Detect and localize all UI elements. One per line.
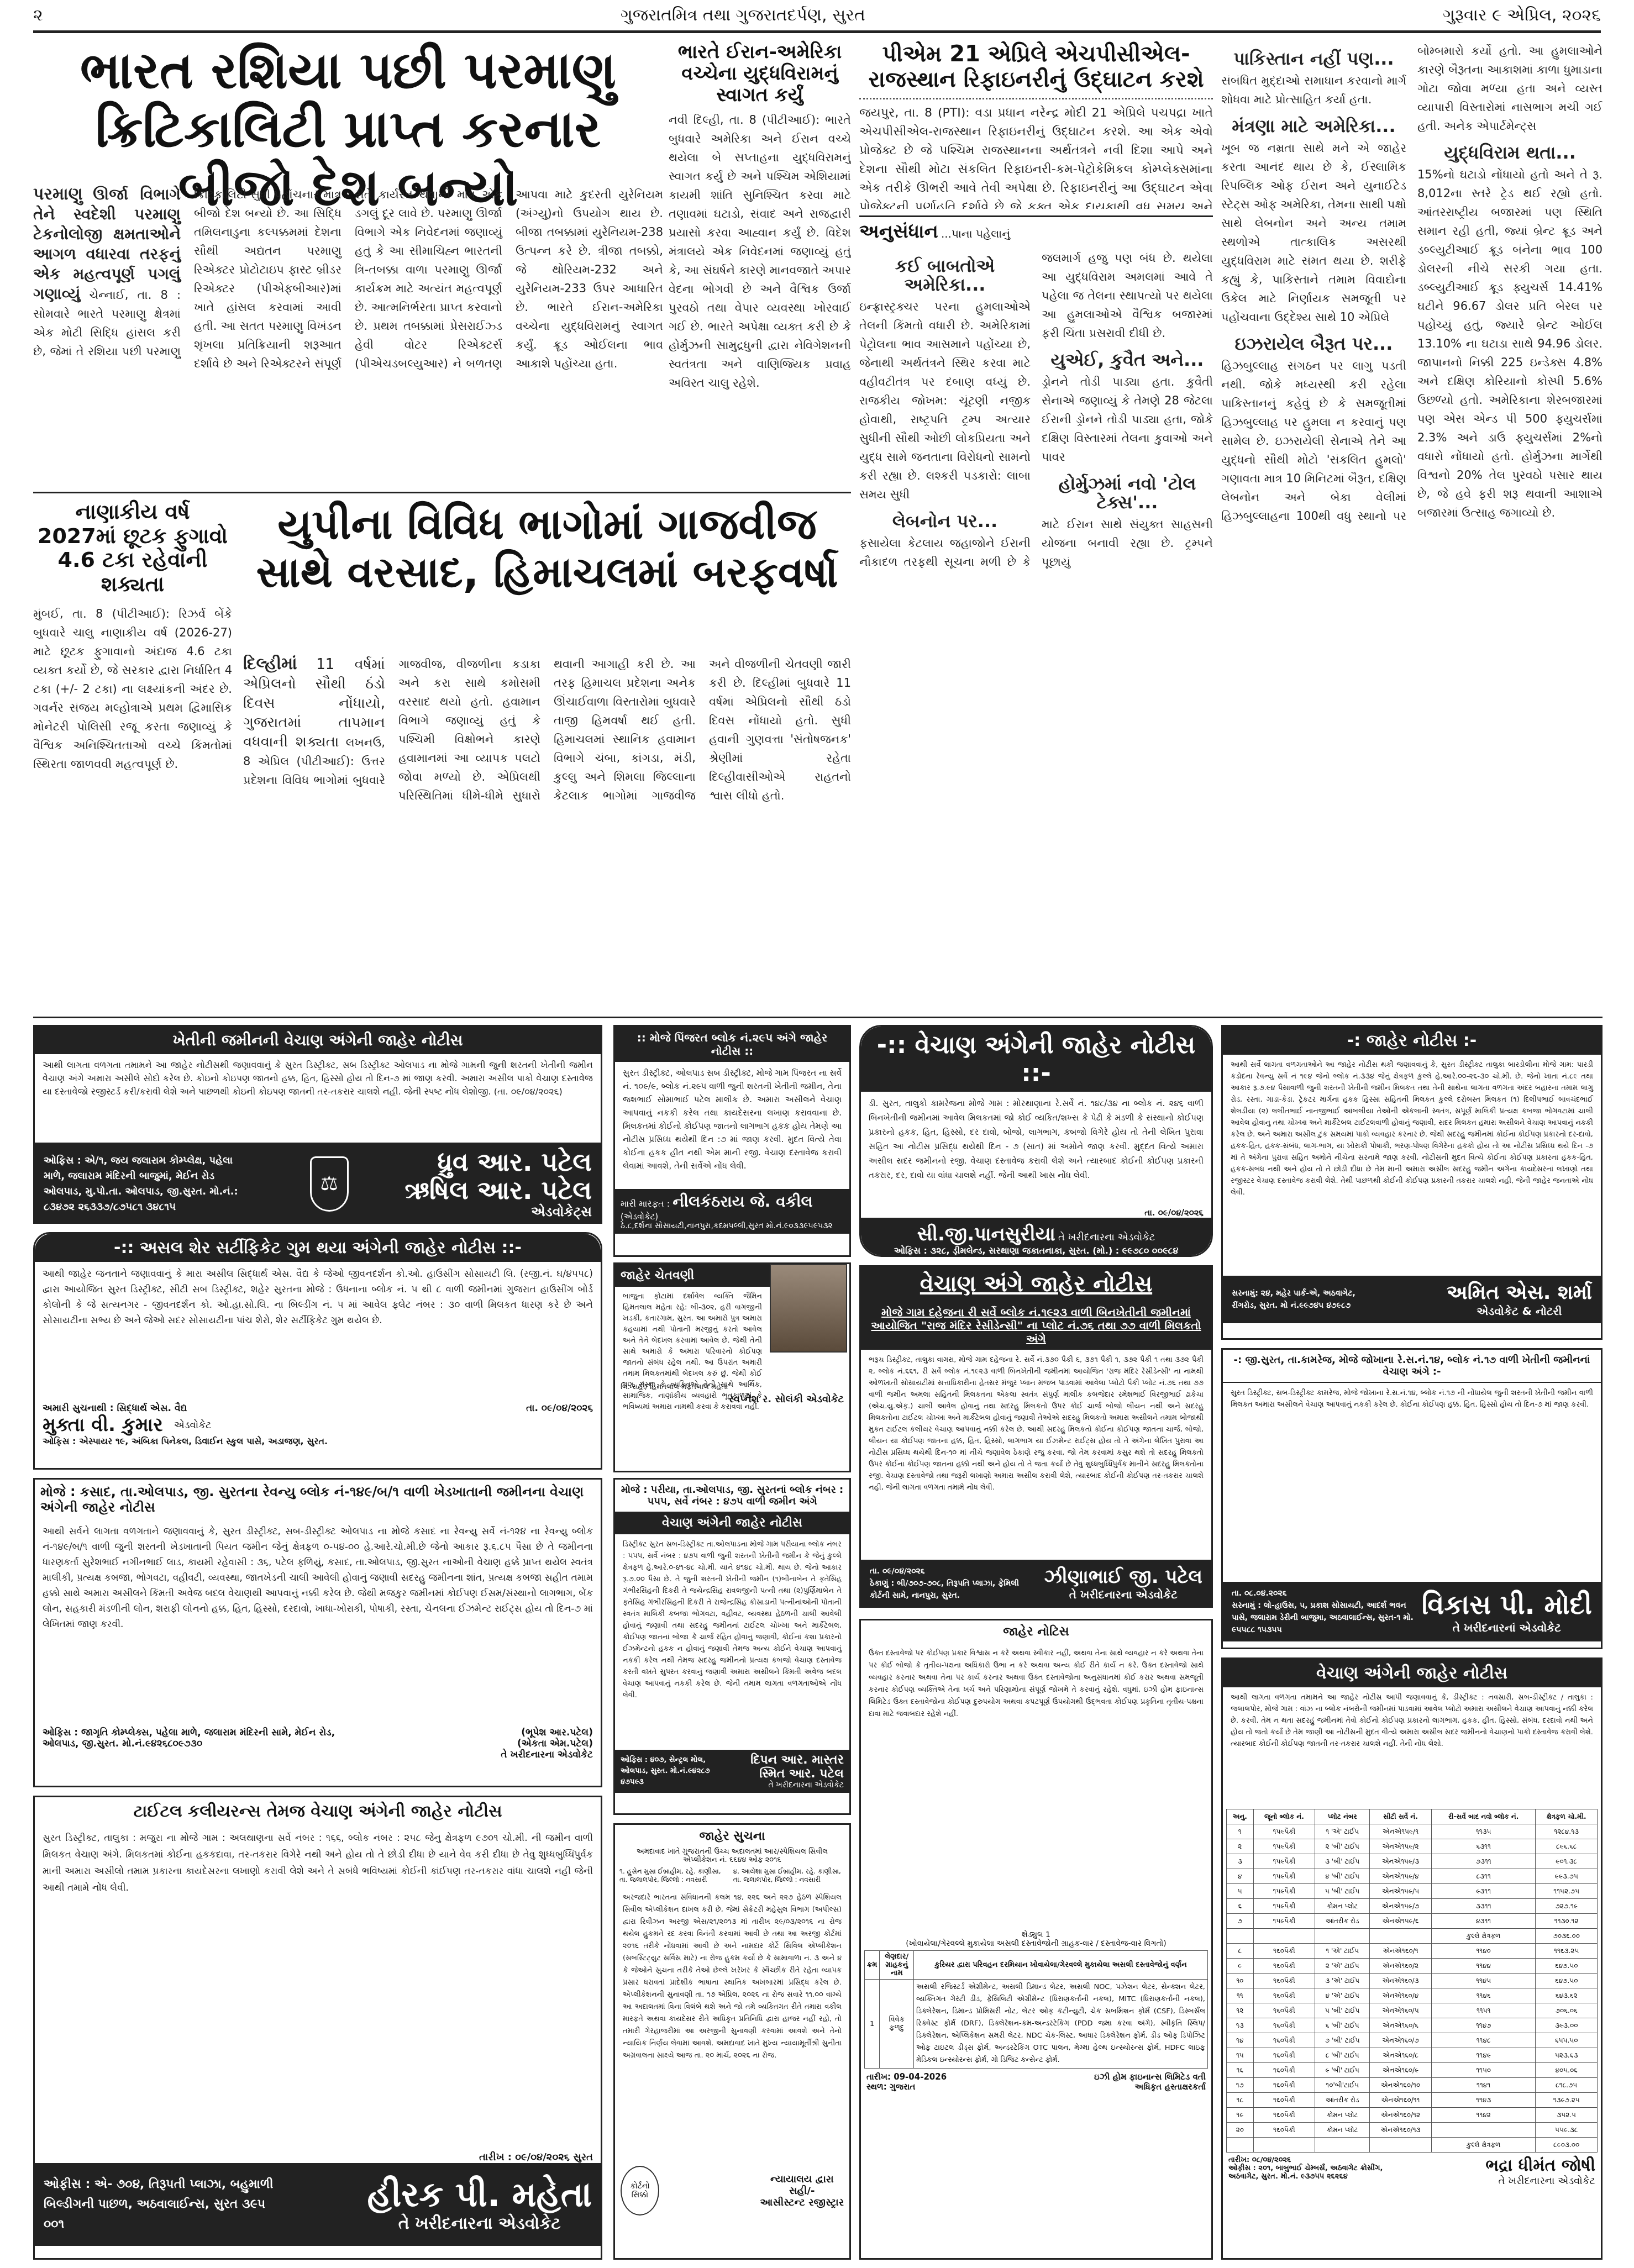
table-row: ૩૧૫૯પૈકી૩ 'બી' ટાઈપએનએ૧૫૯/૩૭૩૧૧૯૦૧.૩૮ xyxy=(1227,1854,1598,1869)
table-row: ૧૧૫૯પૈકી૧ 'એ' ટાઈપએનએ૧૫૯/૧૧૧૩૫૧૨૮૪.૧૩ xyxy=(1227,1824,1598,1839)
table-row: ૧૩૧૬૦પૈકી૬ 'બી' ટાઈપએનએ૧૬૦/૬૧૧૪૭૩૯૩.૦૦ xyxy=(1227,2018,1598,2033)
notice-pardi-kadod: -: જાહેર નોટીસ :- આથી સર્વે લાગતા વળગતાઓ… xyxy=(1221,1025,1603,1340)
table-row: ૭૧૫૯પૈકીઆંતરીક રોડએનએ૧૫૯/૬૪૩૧૧૧૧૩૦.૧૨ xyxy=(1227,1914,1598,1929)
schedule-table: ક્રમ લેણદાર/ગ્રાહકનું નામ કુરિયર દ્વારા … xyxy=(864,1950,1208,2069)
notice-public-warning: જાહેર ચેતવણી બાજુના ફોટામાં દર્શાવેલ વ્ય… xyxy=(613,1262,851,1472)
table-row: ૧૨૧૬૦પૈકી૫ 'બી' ટાઈપએનએ૧૬૦/૫૧૧૫૧૭૦૬.૦૬ xyxy=(1227,2003,1598,2018)
article-iran-us: ભારતે ઈરાન-અમેરિકા વચ્ચેના યુદ્ધવિરામનું… xyxy=(669,41,851,483)
page-number: ૨ xyxy=(33,6,43,25)
table-row: ૧૬૧૬૦પૈકી૯ 'બી' ટાઈપએનએ૧૬૦/૯૧૧૫૦૪૦૫.૦૬ xyxy=(1227,2063,1598,2078)
article-nuclear: ભારત રશિયા પછી પરમાણુ ક્રિટિકાલિટી પ્રાપ… xyxy=(33,41,663,483)
court-seal-icon: કોર્ટનો સિક્કો xyxy=(621,2166,659,2216)
headline-refinery: પીએમ 21 એપ્રિલે એચપીસીએલ-રાજસ્થાન રિફાઇન… xyxy=(859,41,1213,99)
divider xyxy=(33,1017,1603,1018)
paper-name: ગુજરાતમિત્ર તથા ગુજરાતદર્પણ, સુરત xyxy=(43,6,1443,25)
headline-iran-us: ભારતે ઈરાન-અમેરિકા વચ્ચેના યુદ્ધવિરામનું… xyxy=(669,41,851,106)
masthead: ૨ ગુજરાતમિત્ર તથા ગુજરાતદર્પણ, સુરત ગુરૂ… xyxy=(33,0,1601,33)
table-row: ૧૮૧૬૦પૈકીઆંતરીક રોડએનએ૧૬૦/૧૧૧૧૪૩૧૩૯૭.૨૫ xyxy=(1227,2093,1598,2108)
table-row: ૧૧૧૬૦પૈકી૪ 'એ' ટાઈપએનએ૧૬૦/૪૧૧૪૬૬૪૩.૬૨ xyxy=(1227,1988,1598,2003)
table-row: કુલ્લે ક્ષેત્રફળ૮૯૦૩.૦૦ xyxy=(1227,2138,1598,2153)
table-row: ૧૫૧૬૦પૈકી૮ 'બી' ટાઈપએનએ૧૬૦/૮૧૧૪૯૫૨૩.૬૩ xyxy=(1227,2048,1598,2063)
notice-kasad-land: મોજે : કસાદ, તા.ઓલપાડ, જી. સુરતના રેવન્ય… xyxy=(33,1478,602,1787)
continued-text-col1: કઈ બાબતોએ અમેરિકા... ઇન્ફ્રાસ્ટ્રક્ચર પર… xyxy=(859,249,1213,1011)
headline-weather: યુપીના વિવિધ ભાગોમાં ગાજવીજ સાથે વરસાદ, … xyxy=(243,500,851,649)
table-row: ૧૭૧૬૦પૈકી૧૦'બી'ટાઈપએનએ૧૬૦/૧૦૧૧૪૧૮૧૮.૭૫ xyxy=(1227,2078,1598,2093)
notice-agri-land-sale: ખેતીની જમીનની વેચાણ અંગેની જાહેર નોટીસ આ… xyxy=(33,1025,602,1224)
table-row: ૬૧૫૯પૈકીકોમન પ્લોટએનએ૧૫૯/૭૩૩૧૧૭૨૭.૧૯ xyxy=(1227,1899,1598,1914)
notice-share-certificate: -:: અસલ શેર સર્ટીફિકેટ ગુમ થયા અંગેની જા… xyxy=(33,1232,602,1470)
table-row: ૮૧૬૦પૈકી૧ 'એ' ટાઈપએનએ૧૬૦/૧૧૧૪૦૧૧૬૩.૨૫ xyxy=(1227,1944,1598,1959)
table-row: કુલ્લે ક્ષેત્રફળ૭૦૩૬.૦૦ xyxy=(1227,1929,1598,1944)
table-row: ૯૧૬૦પૈકી૨ 'એ' ટાઈપએનએ૧૬૦/૨૧૧૪૪૬૪૭.૫૦ xyxy=(1227,1959,1598,1974)
lead-word: પરમાણુ xyxy=(33,185,83,204)
notice-pinjrat-block: :: મોજે પિંજરત બ્લોક નં.૨૯૫ અંગે જાહેર ન… xyxy=(613,1025,851,1257)
continued-kicker: અનુસંધાન xyxy=(859,220,938,243)
issue-date: ગુરૂવાર ૯ એપ્રિલ, ૨૦૨૬ xyxy=(1443,6,1601,25)
article-inflation: નાણાકીય વર્ષ 2027માં છૂટક ફુગાવો 4.6 ટકા… xyxy=(33,500,232,1014)
plots-table: અનુ. જૂનો બ્લોક નં. પ્લોટ નંબર સીટી સર્વ… xyxy=(1226,1809,1598,2153)
notice-morathana-sale: -:: વેચાણ અંગેની જાહેર નોટીસ ::- ડી. સુર… xyxy=(859,1025,1213,1257)
table-row: ૧૦૧૬૦પૈકી૩ 'એ' ટાઈપએનએ૧૬૦/૩૧૧૪૫૬૪૭.૫૦ xyxy=(1227,1974,1598,1988)
person-photo xyxy=(770,1264,847,1353)
article-weather: યુપીના વિવિધ ભાગોમાં ગાજવીજ સાથે વરસાદ, … xyxy=(243,500,851,1014)
notice-dahej-sale: વેચાણ અંગે જાહેર નોટીસ મોજે ગામ દહેજના ર… xyxy=(859,1265,1213,1608)
headline-inflation: નાણાકીય વર્ષ 2027માં છૂટક ફુગાવો 4.6 ટકા… xyxy=(33,500,232,597)
table-row: ૨૦૧૬૦પૈકીકોમન પ્લોટએનએ૧૬૦/૧૩૫૫૯.૩૮ xyxy=(1227,2123,1598,2138)
table-row: ૫૧૫૯પૈકી૫ 'બી' ટાઈપએનએ૧૫૯/૫૯૩૧૧૧૧૫૨.૭૫ xyxy=(1227,1884,1598,1899)
divider xyxy=(33,492,851,493)
notice-court-summons: જાહેર સુચના અમદાવાદ ખાતે ગુજરાતની ઉચ્ચ અ… xyxy=(613,1823,851,2260)
notice-ezee-home-finance: જાહેર નોટિસ ઉક્ત દસ્તાવેજો પર કોઈપણ પ્રક… xyxy=(859,1619,1213,2260)
article-refinery: પીએમ 21 એપ્રિલે એચપીસીએલ-રાજસ્થાન રિફાઇન… xyxy=(859,41,1213,207)
table-row: ૪૧૫૯પૈકી૪ 'બી' ટાઈપએનએ૧૫૯/૪૮૩૧૧૯૯૩.૭૫ xyxy=(1227,1869,1598,1884)
advocate-emblem-icon: ⚖ xyxy=(310,1156,349,1212)
notice-navsari-plots: વેચાણ અંગેની જાહેર નોટીસ આથી લાગતા વળગતા… xyxy=(1221,1657,1603,2260)
table-row: ૧૯૧૬૦પૈકીકોમન પ્લોટએનએ૧૬૦/૧૨૧૧૪૨૩૫૨.૫ xyxy=(1227,2108,1598,2123)
continued-text-col2: પાકિસ્તાન નહીં પણ... સંબંધિત મુદ્દાઓ સમા… xyxy=(1221,41,1603,1014)
notice-joshna-block: -: જી.સુરત, તા.કામરેજ, મોજે જોખાના રે.સ.… xyxy=(1221,1348,1603,1649)
headline-nuclear: ભારત રશિયા પછી પરમાણુ ક્રિટિકાલિટી પ્રાપ… xyxy=(33,41,663,180)
table-row: ૨૧૫૯પૈકી૨ 'બી' ટાઈપએનએ૧૫૯/૨૬૩૧૧૮૯૬.૬૮ xyxy=(1227,1839,1598,1854)
table-row: ૧૪૧૬૦પૈકી૭ 'બી' ટાઈપએનએ૧૬૦/૭૧૧૪૮૬૫૫.૫૦ xyxy=(1227,2033,1598,2048)
notice-title-clearance: ટાઈટલ કલીયરન્સ તેમજ વેચાણ અંગેની જાહેર ન… xyxy=(33,1796,602,2260)
notice-parsiya-block: મોજે : પરીયા, તા.ઓલપાડ, જી. સુરતનાં બ્લો… xyxy=(613,1478,851,1815)
table-row: 1 વિવેક ફળદુ અસલી રજિસ્ટર્ડ એગ્રીમેન્ટ, … xyxy=(865,1980,1208,2069)
